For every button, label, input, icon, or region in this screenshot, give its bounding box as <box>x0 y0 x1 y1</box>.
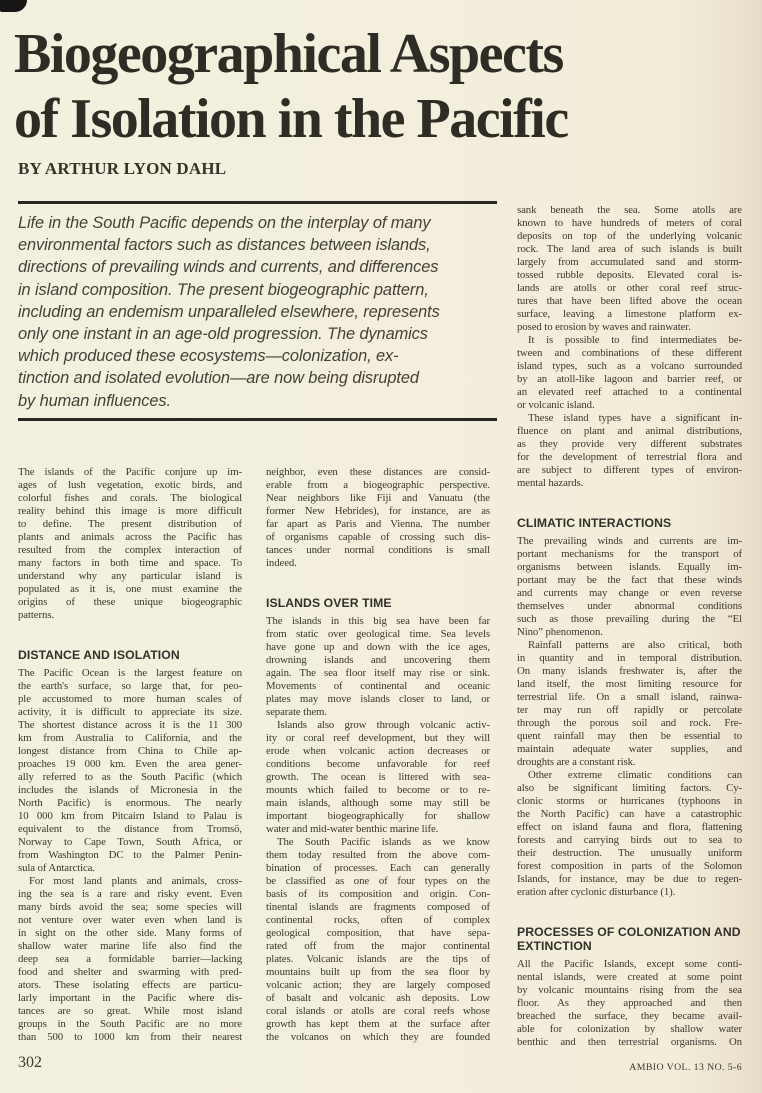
article-title-line-1: Biogeographical Aspects <box>14 22 744 87</box>
paragraph: The South Pacific islands as we knowthem… <box>266 836 490 1044</box>
journal-reference: AMBIO VOL. 13 NO. 5-6 <box>629 1062 742 1073</box>
abstract-line: which produced these ecosystems—coloniza… <box>18 345 497 367</box>
text-column-1: The islands of the Pacific conjure up im… <box>18 466 242 1044</box>
scan-corner-artifact <box>0 0 27 12</box>
paragraph: Rainfall patterns are also critical, bot… <box>517 639 742 769</box>
abstract-line: by human influences. <box>18 390 497 412</box>
section-heading: CLIMATIC INTERACTIONS <box>517 516 742 530</box>
paragraph: Islands also grow through volcanic activ… <box>266 719 490 836</box>
paragraph: For most land plants and animals, cross-… <box>18 875 242 1044</box>
abstract-line: tinction and isolated evolution—are now … <box>18 367 497 389</box>
article-header: Biogeographical Aspects of Isolation in … <box>14 22 744 179</box>
article-title: Biogeographical Aspects of Isolation in … <box>14 22 744 152</box>
text-column-3: sank beneath the sea. Some atolls arekno… <box>517 204 742 1049</box>
section-heading: ISLANDS OVER TIME <box>266 596 490 610</box>
abstract-line: in island composition. The present bioge… <box>18 279 497 301</box>
section-heading: DISTANCE AND ISOLATION <box>18 648 242 662</box>
paragraph: sank beneath the sea. Some atolls arekno… <box>517 204 742 334</box>
abstract-line: environmental factors such as distances … <box>18 234 497 256</box>
paragraph: All the Pacific Islands, except some con… <box>517 958 742 1049</box>
text-column-2: neighbor, even these distances are consi… <box>266 466 490 1044</box>
byline: BY ARTHUR LYON DAHL <box>14 159 744 179</box>
article-title-line-2: of Isolation in the Pacific <box>14 87 744 152</box>
paragraph: The islands in this big sea have been fa… <box>266 615 490 719</box>
magazine-page: Biogeographical Aspects of Isolation in … <box>0 0 762 1093</box>
abstract-line: Life in the South Pacific depends on the… <box>18 212 497 234</box>
paragraph: It is possible to find intermediates be-… <box>517 334 742 412</box>
section-heading: PROCESSES OF COLONIZATION ANDEXTINCTION <box>517 925 742 953</box>
paragraph: The prevailing winds and currents are im… <box>517 535 742 639</box>
abstract-line: including an endemism unparalleled elsew… <box>18 301 497 323</box>
abstract-box: Life in the South Pacific depends on the… <box>18 201 497 421</box>
paragraph: These island types have a significant in… <box>517 412 742 490</box>
paragraph: The islands of the Pacific conjure up im… <box>18 466 242 622</box>
abstract-line: only one instant in an age-old progressi… <box>18 323 497 345</box>
paragraph: The Pacific Ocean is the largest feature… <box>18 667 242 875</box>
abstract-line: directions of prevailing winds and curre… <box>18 256 497 278</box>
page-number: 302 <box>18 1054 42 1072</box>
paragraph: neighbor, even these distances are consi… <box>266 466 490 570</box>
paragraph: Other extreme climatic conditions canals… <box>517 769 742 899</box>
